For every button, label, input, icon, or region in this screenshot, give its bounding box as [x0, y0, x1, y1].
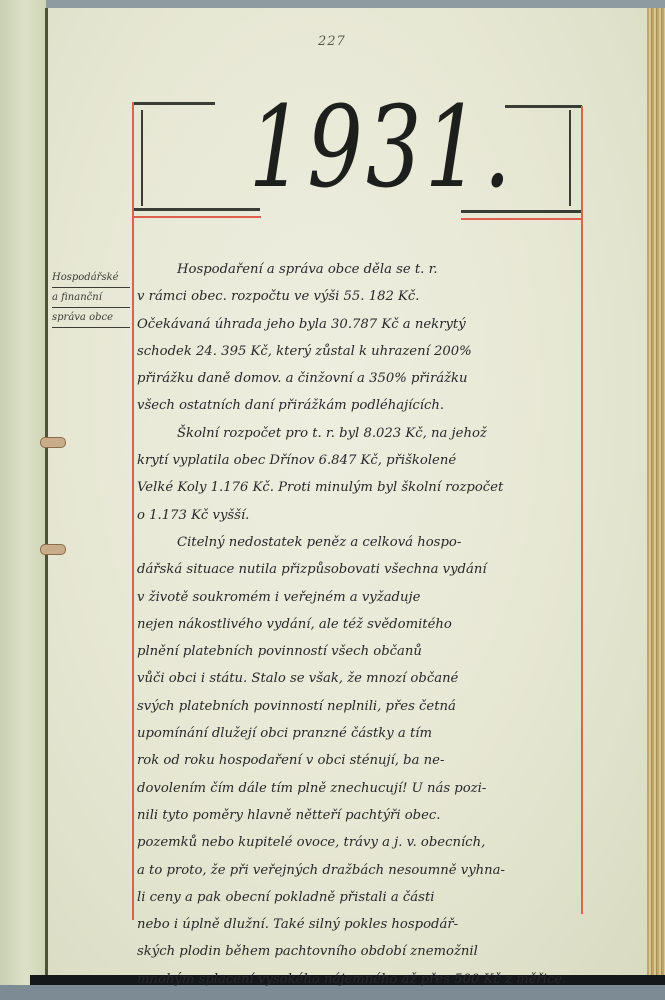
binding-thread-icon	[40, 544, 66, 555]
text-line: krytí vyplatila obec Dřínov 6.847 Kč, př…	[137, 447, 625, 474]
left-bracket-top	[133, 102, 215, 105]
text-line: přirážku daně domov. a činžovní a 350% p…	[137, 365, 625, 392]
year-heading: 1931.	[249, 92, 452, 204]
margin-note: Hospodářské a finanční správa obce	[52, 268, 130, 328]
left-page	[0, 0, 46, 990]
margin-note-line: Hospodářské	[52, 268, 130, 288]
text-line: nili tyto poměry hlavně nětteří pachtýři…	[137, 802, 625, 829]
page-edge-stack	[647, 8, 665, 978]
text-line: Očekávaná úhrada jeho byla 30.787 Kč a n…	[137, 311, 625, 338]
right-bracket-top	[505, 105, 582, 108]
margin-note-line: správa obce	[52, 308, 130, 328]
text-line: dovolením čím dále tím plně znechucují! …	[137, 775, 625, 802]
heading-rule-right	[461, 218, 582, 220]
text-line: mnohým splacení vysokého nájemného až př…	[137, 966, 625, 993]
heading-rule-left	[133, 216, 261, 218]
text-line: rok od roku hospodaření v obci sténují, …	[137, 747, 625, 774]
text-line: v rámci obec. rozpočtu ve výši 55. 182 K…	[137, 283, 625, 310]
text-line: Velké Koly 1.176 Kč. Proti minulým byl š…	[137, 474, 625, 501]
text-line: li ceny a pak obecní pokladně přistali a…	[137, 884, 625, 911]
margin-note-line: a finanční	[52, 288, 130, 308]
binding-thread-icon	[40, 437, 66, 448]
text-line: nebo i úplně dlužní. Také silný pokles h…	[137, 911, 625, 938]
book-gutter	[45, 8, 48, 980]
text-line: všech ostatních daní přirážkám podléhají…	[137, 392, 625, 419]
text-line: Školní rozpočet pro t. r. byl 8.023 Kč, …	[137, 420, 625, 447]
left-bracket-inner	[141, 110, 143, 206]
text-line: ských plodin během pachtovního období zn…	[137, 938, 625, 965]
text-line: Citelný nedostatek peněz a celková hospo…	[137, 529, 625, 556]
text-line: schodek 24. 395 Kč, který zůstal k uhraz…	[137, 338, 625, 365]
page-number: 227	[318, 34, 346, 49]
text-line: nejen nákostlivého vydání, ale též svědo…	[137, 611, 625, 638]
text-line: pozemků nebo kupitelé ovoce, trávy a j. …	[137, 829, 625, 856]
text-line: a to proto, že při veřejných dražbách ne…	[137, 857, 625, 884]
right-bracket-inner	[569, 110, 571, 206]
text-line: o 1.173 Kč vyšší.	[137, 502, 625, 529]
text-line: Hospodaření a správa obce děla se t. r.	[137, 256, 625, 283]
left-margin-rule	[132, 102, 134, 920]
text-line: upomínání dlužejí obci pranzné částky a …	[137, 720, 625, 747]
left-bracket-bottom	[133, 208, 260, 211]
text-line: v životě soukromém i veřejném a vyžaduje	[137, 584, 625, 611]
text-line: vůči obci i státu. Stalo se však, že mno…	[137, 665, 625, 692]
text-line: svých platebních povinností neplnili, př…	[137, 693, 625, 720]
handwritten-text-body: Hospodaření a správa obce děla se t. r. …	[137, 256, 625, 993]
text-line: plnění platebních povinností všech občan…	[137, 638, 625, 665]
text-line: dářská situace nutila přizpůsobovati vše…	[137, 556, 625, 583]
